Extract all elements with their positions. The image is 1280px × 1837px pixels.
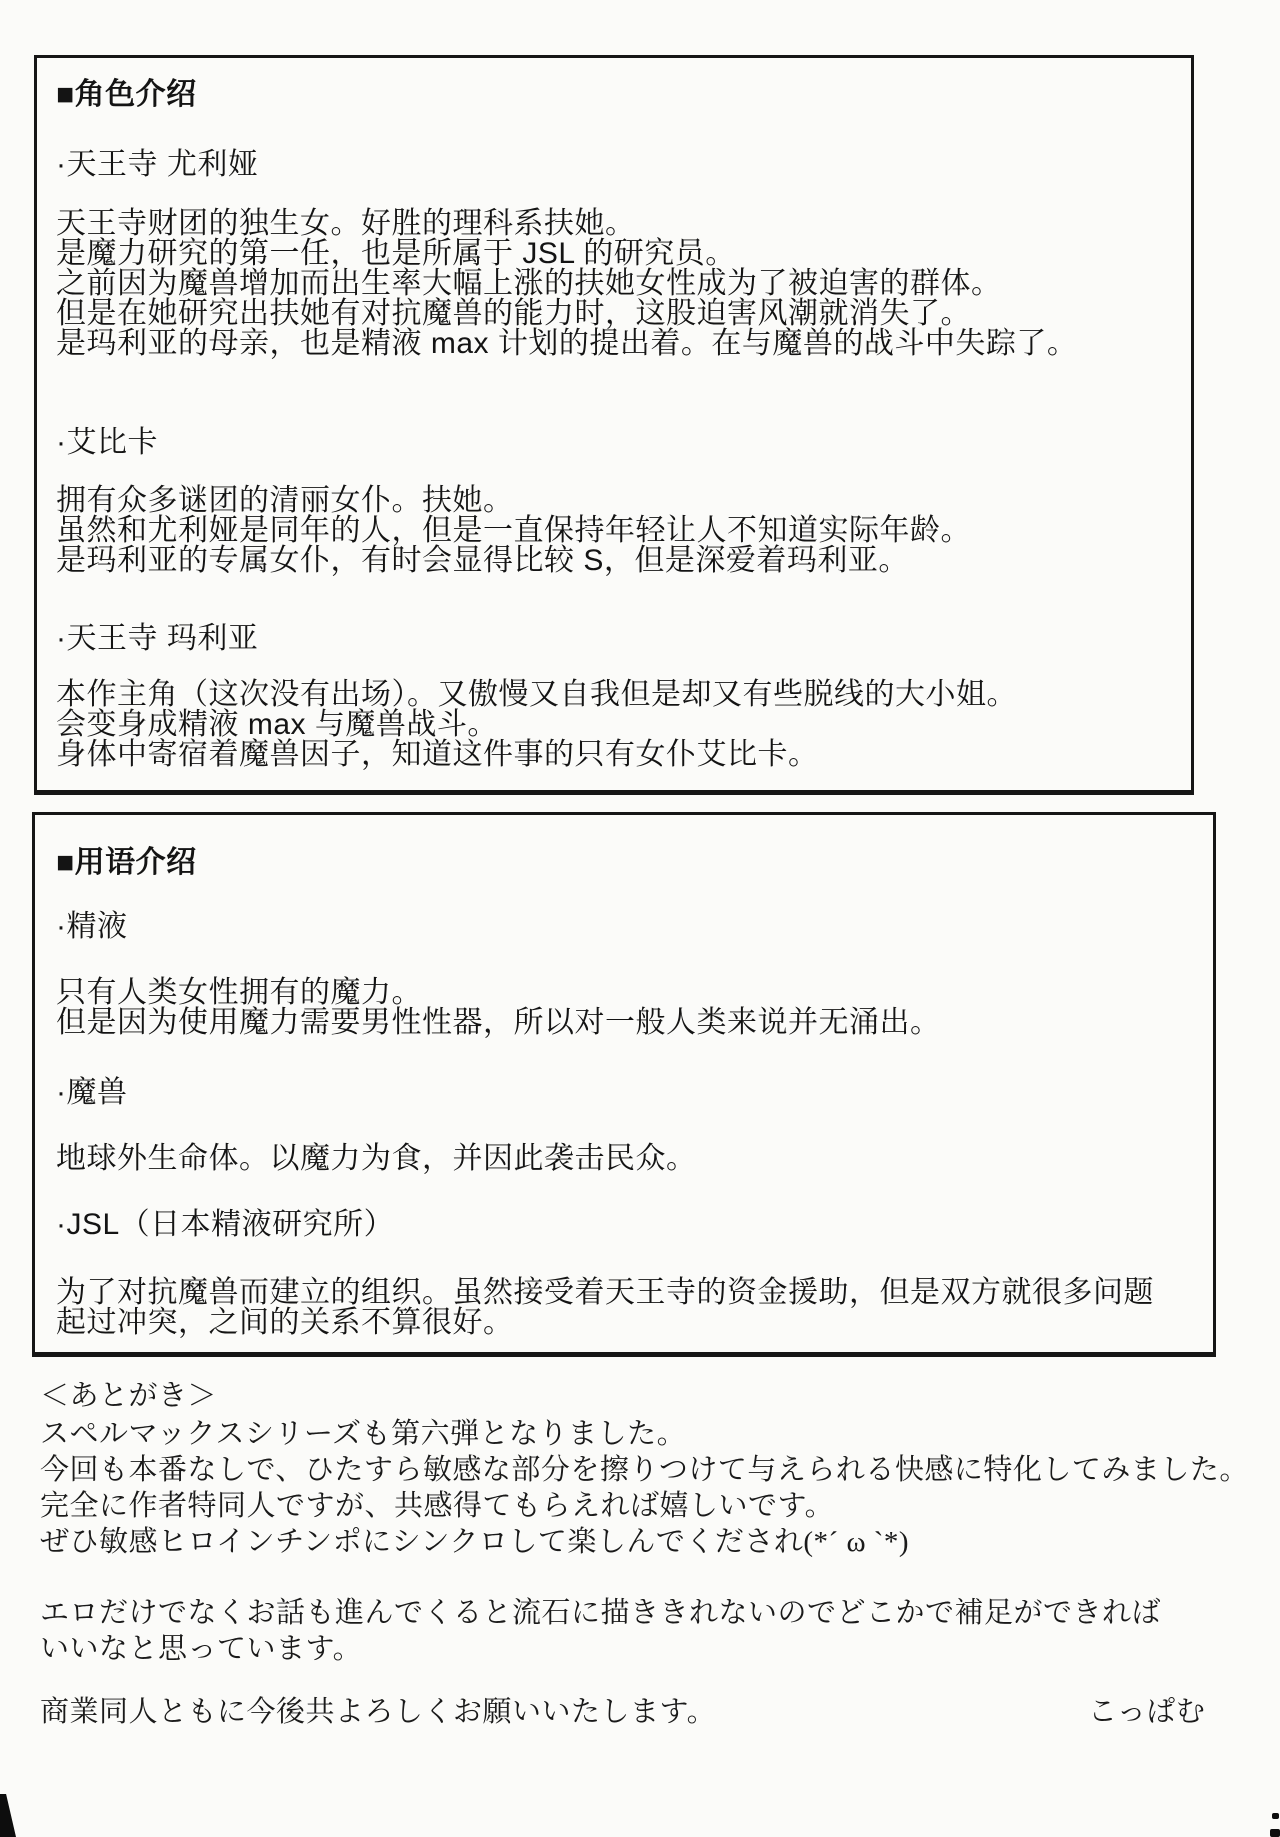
character-name-abika: ·艾比卡 (56, 428, 158, 458)
character-name-yulia: ·天王寺 尤利娅 (56, 150, 258, 180)
text-line: 本作主角（这次没有出场）。又傲慢又自我但是却又有些脱线的大小姐。 (56, 680, 1017, 710)
terms-box-title: ■用语介绍 (56, 848, 197, 878)
afterword-closing: 商業同人ともに今後共よろしくお願いいたします。 (40, 1696, 716, 1728)
text-line: 但是在她研究出扶她有对抗魔兽的能力时，这股迫害风潮就消失了。 (56, 299, 1077, 329)
text-line: 之前因为魔兽增加而出生率大幅上涨的扶她女性成为了被迫害的群体。 (56, 269, 1077, 299)
text-line: いいなと思っています。 (40, 1631, 1161, 1667)
character-name-maria: ·天王寺 玛利亚 (56, 624, 258, 654)
afterword-paragraph-2: エロだけでなくお話も進んでくると流石に描ききれないのでどこかで補足ができれば い… (40, 1595, 1161, 1667)
afterword-closing-row: 商業同人ともに今後共よろしくお願いいたします。 こっぱむ (40, 1694, 1250, 1730)
text-line: 但是因为使用魔力需要男性性器，所以对一般人类来说并无涌出。 (56, 1008, 941, 1038)
text-line: 拥有众多谜团的清丽女仆。扶她。 (56, 486, 971, 516)
character-desc-yulia: 天王寺财团的独生女。好胜的理科系扶她。 是魔力研究的第一任，也是所属于 JSL … (56, 209, 1077, 359)
character-box-title: ■角色介绍 (56, 80, 197, 110)
text-line: 会变身成精液 max 与魔兽战斗。 (56, 710, 1017, 740)
afterword-heading: ＜あとがき＞ (40, 1378, 217, 1414)
scan-speck (1272, 1813, 1279, 1819)
terms-intro-box: ■用语介绍 ·精液 只有人类女性拥有的魔力。 但是因为使用魔力需要男性性器，所以… (32, 812, 1216, 1357)
scan-speck (1270, 1829, 1280, 1837)
author-signature: こっぱむ (1088, 1694, 1205, 1730)
term-desc-beast: 地球外生命体。以魔力为食，并因此袭击民众。 (56, 1144, 697, 1174)
text-line: 虽然和尤利娅是同年的人，但是一直保持年轻让人不知道实际年龄。 (56, 516, 971, 546)
text-line: 起过冲突，之间的关系不算很好。 (56, 1308, 1154, 1338)
text-line: 是玛利亚的专属女仆，有时会显得比较 S，但是深爱着玛利亚。 (56, 546, 971, 576)
term-name-semen: ·精液 (56, 912, 128, 942)
character-desc-abika: 拥有众多谜团的清丽女仆。扶她。 虽然和尤利娅是同年的人，但是一直保持年轻让人不知… (56, 486, 971, 576)
character-intro-box: ■角色介绍 ·天王寺 尤利娅 天王寺财团的独生女。好胜的理科系扶她。 是魔力研究… (34, 55, 1194, 795)
scanned-doujin-page: ■角色介绍 ·天王寺 尤利娅 天王寺财团的独生女。好胜的理科系扶她。 是魔力研究… (0, 0, 1280, 1837)
text-line: ぜひ敏感ヒロインチンポにシンクロして楽しんでくだされ(*´ ω `*) (40, 1524, 1249, 1560)
text-line: 身体中寄宿着魔兽因子，知道这件事的只有女仆艾比卡。 (56, 740, 1017, 770)
term-name-beast: ·魔兽 (56, 1078, 128, 1108)
text-line: 地球外生命体。以魔力为食，并因此袭击民众。 (56, 1144, 697, 1174)
text-line: 天王寺财团的独生女。好胜的理科系扶她。 (56, 209, 1077, 239)
term-desc-jsl: 为了对抗魔兽而建立的组织。虽然接受着天王寺的资金援助，但是双方就很多问题 起过冲… (56, 1278, 1154, 1338)
text-line: 是魔力研究的第一任，也是所属于 JSL 的研究员。 (56, 239, 1077, 269)
term-desc-semen: 只有人类女性拥有的魔力。 但是因为使用魔力需要男性性器，所以对一般人类来说并无涌… (56, 978, 941, 1038)
text-line: 今回も本番なしで、ひたすら敏感な部分を擦りつけて与えられる快感に特化してみました… (40, 1452, 1249, 1488)
character-desc-maria: 本作主角（这次没有出场）。又傲慢又自我但是却又有些脱线的大小姐。 会变身成精液 … (56, 680, 1017, 770)
term-name-jsl: ·JSL（日本精液研究所） (56, 1210, 394, 1240)
text-line: スペルマックスシリーズも第六弾となりました。 (40, 1416, 1249, 1452)
afterword-paragraph-1: スペルマックスシリーズも第六弾となりました。 今回も本番なしで、ひたすら敏感な部… (40, 1416, 1249, 1560)
scan-corner-artifact (0, 1794, 16, 1837)
text-line: 是玛利亚的母亲，也是精液 max 计划的提出着。在与魔兽的战斗中失踪了。 (56, 329, 1077, 359)
text-line: エロだけでなくお話も進んでくると流石に描ききれないのでどこかで補足ができれば (40, 1595, 1161, 1631)
text-line: 完全に作者特同人ですが、共感得てもらえれば嬉しいです。 (40, 1488, 1249, 1524)
text-line: 只有人类女性拥有的魔力。 (56, 978, 941, 1008)
text-line: 为了对抗魔兽而建立的组织。虽然接受着天王寺的资金援助，但是双方就很多问题 (56, 1278, 1154, 1308)
